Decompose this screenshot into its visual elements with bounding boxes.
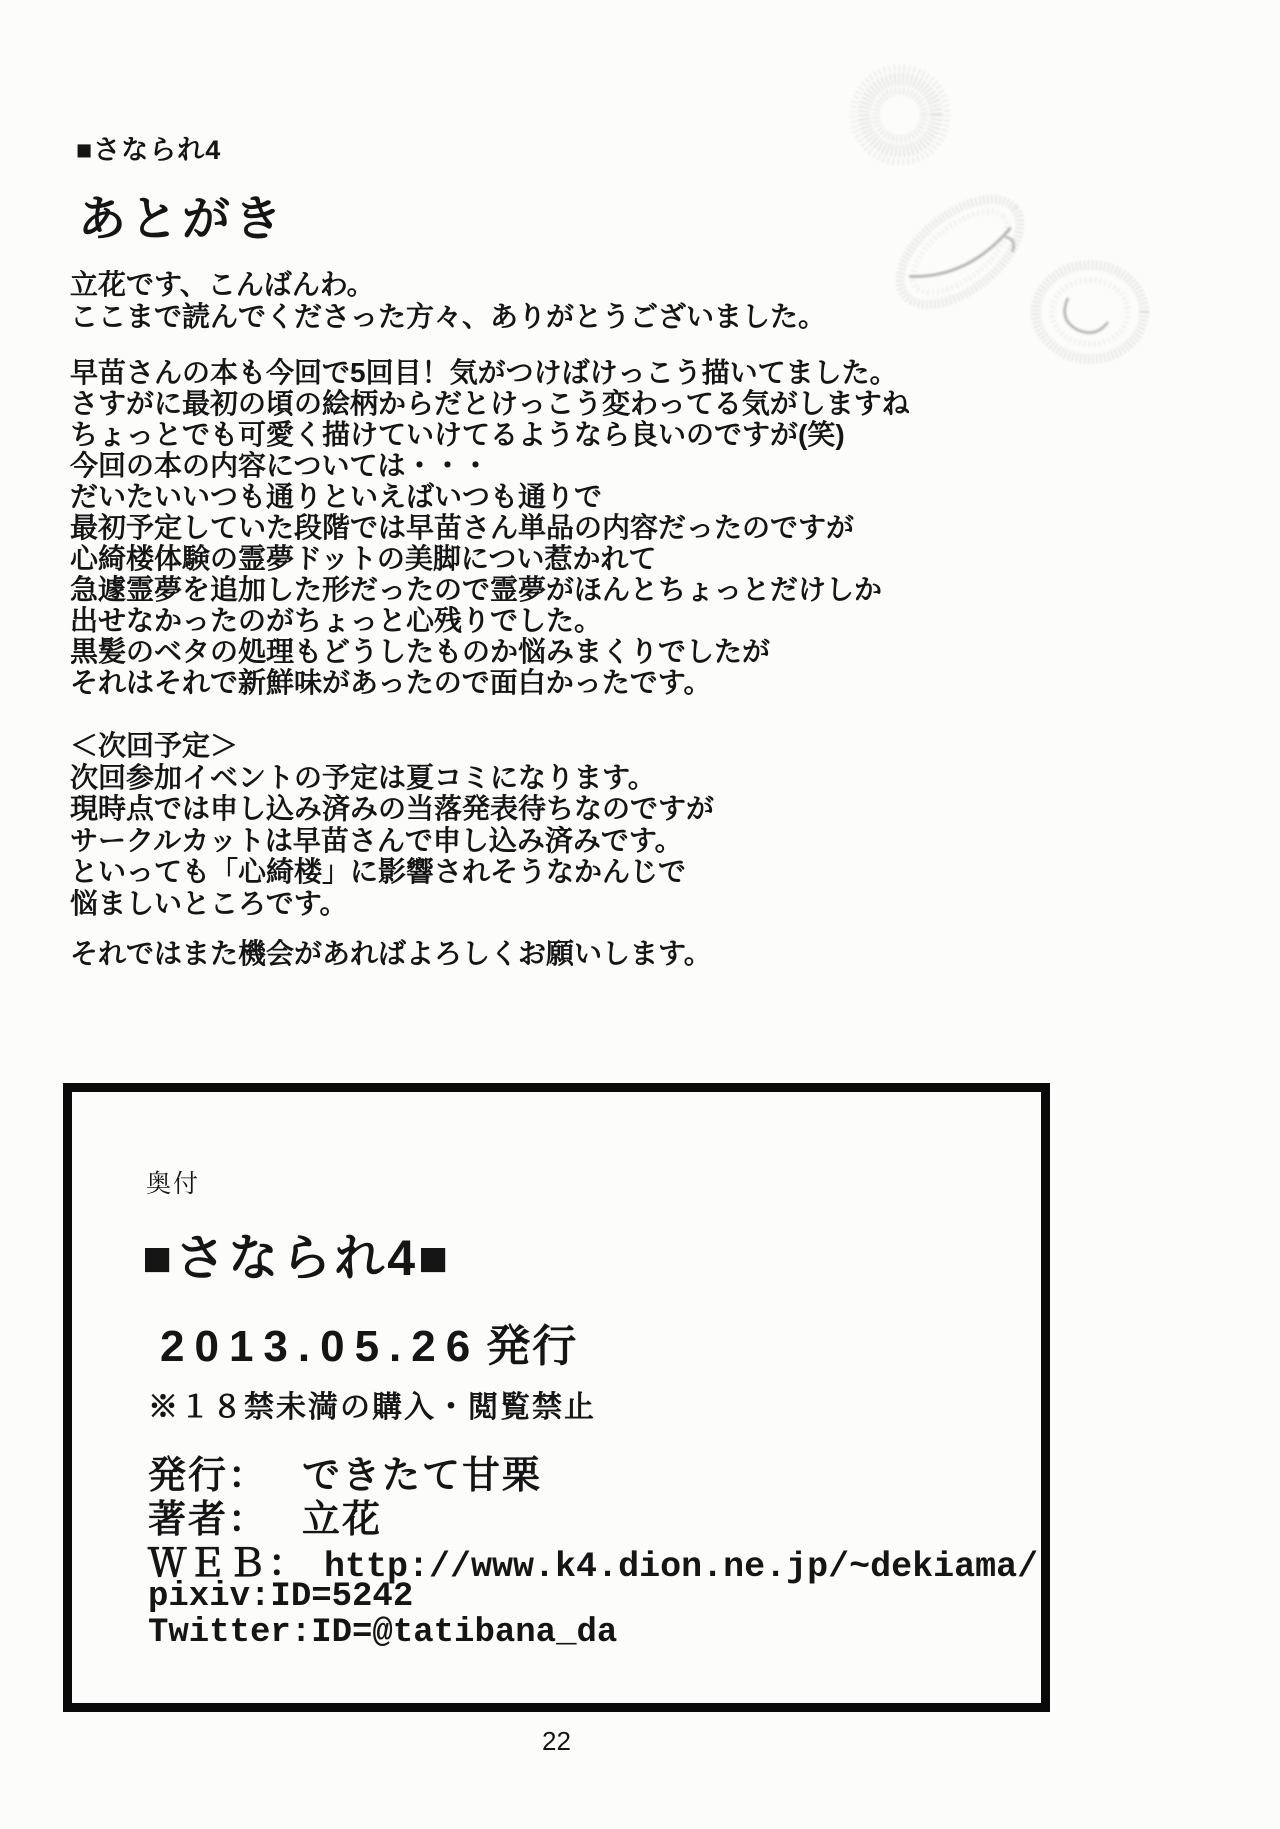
afterword-line: それではまた機会があればよろしくお願いします。 xyxy=(70,939,1070,971)
afterword-line: だいたいいつも通りといえばいつも通りで xyxy=(70,481,1070,512)
afterword-line: ＜次回予定＞ xyxy=(70,730,1070,762)
decorative-sketches xyxy=(800,40,1220,390)
sketch-ring xyxy=(853,68,947,162)
afterword-line: 早苗さんの本も今回で5回目！気がつけばけっこう描いてました。 xyxy=(70,357,1070,388)
afterword-line: 今回の本の内容については・・・ xyxy=(70,450,1070,481)
afterword-line: ちょっとでも可愛く描けていけてるようなら良いのですが(笑) xyxy=(70,419,1070,450)
afterword-line: 立花です、こんばんわ。 xyxy=(70,270,1070,302)
afterword-next-plan: ＜次回予定＞ 次回参加イベントの予定は夏コミになります。 現時点では申し込み済み… xyxy=(70,730,1070,919)
publish-date-suffix: 発行 xyxy=(486,1322,578,1371)
afterword-line: 悩ましいところです。 xyxy=(70,888,1070,920)
afterword-body: 早苗さんの本も今回で5回目！気がつけばけっこう描いてました。 さすがに最初の頃の… xyxy=(70,357,1070,698)
afterword-line: 出せなかったのがちょっと心残りでした。 xyxy=(70,605,1070,636)
page-number: 22 xyxy=(63,1726,1050,1757)
colophon-twitter-id: Twitter:ID=@tatibana_da xyxy=(148,1614,617,1652)
colophon-age-notice: ※１８禁未満の購入・閲覧禁止 xyxy=(148,1382,596,1426)
afterword-line: それはそれで新鮮味があったので面白かったです。 xyxy=(70,667,1070,698)
afterword-greeting: 立花です、こんばんわ。 ここまで読んでくださった方々、ありがとうございました。 xyxy=(70,270,1070,334)
page-title: あとがき xyxy=(78,180,286,249)
afterword-line: サークルカットは早苗さんで申し込み済みです。 xyxy=(70,825,1070,857)
colophon-pixiv-id: pixiv:ID=5242 xyxy=(148,1578,413,1616)
afterword-line: 心綺楼体験の霊夢ドットの美脚につい惹かれて xyxy=(70,543,1070,574)
colophon-box: 奥付 ■さなられ4■ 2013.05.26発行 ※１８禁未満の購入・閲覧禁止 発… xyxy=(63,1083,1050,1712)
colophon-publish-date: 2013.05.26発行 xyxy=(160,1310,578,1374)
afterword-line: 急遽霊夢を追加した形だったので霊夢がほんとちょっとだけしか xyxy=(70,574,1070,605)
colophon-label: 奥付 xyxy=(146,1164,200,1200)
afterword-line: 黒髪のベタの処理もどうしたものか悩みまくりでしたが xyxy=(70,636,1070,667)
series-tag: ■さなられ4 xyxy=(76,128,221,167)
colophon-book-title: ■さなられ4■ xyxy=(142,1218,451,1290)
afterword-line: 現時点では申し込み済みの当落発表待ちなのですが xyxy=(70,793,1070,825)
afterword-line: さすがに最初の頃の絵柄からだとけっこう変わってる気がしますね xyxy=(70,388,1070,419)
afterword-line: 次回参加イベントの予定は夏コミになります。 xyxy=(70,762,1070,794)
afterword-line: といっても「心綺楼」に影響されそうなかんじで xyxy=(70,856,1070,888)
afterword-line: ここまで読んでくださった方々、ありがとうございました。 xyxy=(70,302,1070,334)
afterword-line: 最初予定していた段階では早苗さん単品の内容だったのですが xyxy=(70,512,1070,543)
afterword-closing: それではまた機会があればよろしくお願いします。 xyxy=(70,939,1070,971)
publish-date-digits: 2013.05.26 xyxy=(160,1322,480,1371)
web-url: http://www.k4.dion.ne.jp/~dekiama/ xyxy=(324,1547,1038,1587)
